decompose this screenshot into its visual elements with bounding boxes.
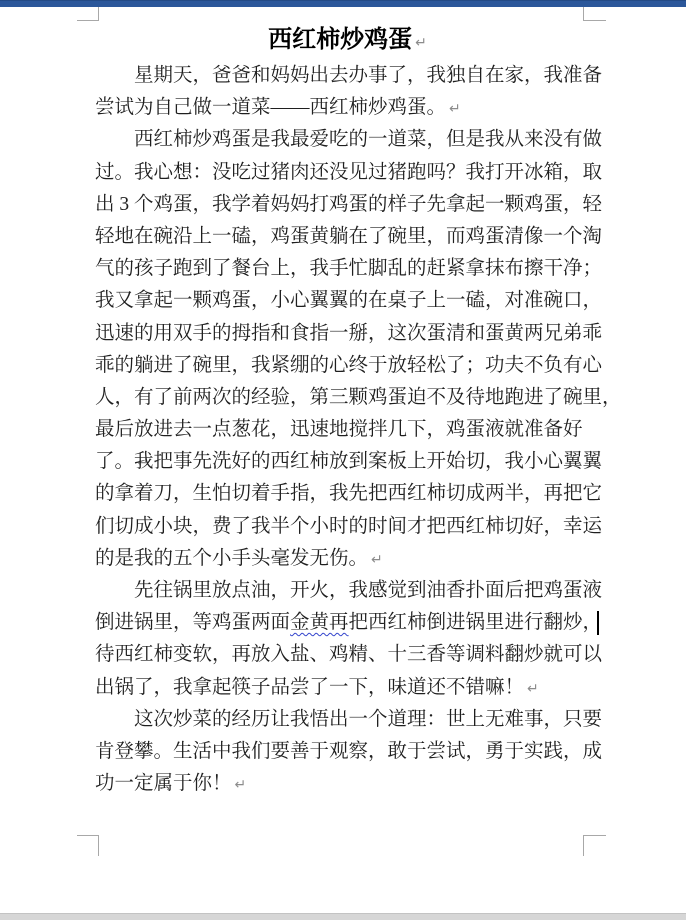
crop-mark-top-right xyxy=(583,7,606,21)
document-title-text: 西红柿炒鸡蛋 xyxy=(268,27,412,53)
crop-mark-top-left xyxy=(77,7,99,21)
text-cursor xyxy=(597,611,599,635)
paragraph-mark: ↵ xyxy=(449,101,461,117)
text-run: 功一定属于你！ xyxy=(95,773,232,794)
window-top-edge-bar xyxy=(0,0,686,7)
text-line[interactable]: 乖的躺进了碗里，我紧绷的心终于放轻松了；功夫不负有心 xyxy=(95,350,600,382)
text-run: 待西红柿变软，再放入盐、鸡精、十三香等调料翻炒就可以 xyxy=(95,644,602,665)
text-run: 过。我心想：没吃过猪肉还没见过猪跑吗？我打开冰箱，取 xyxy=(95,162,602,183)
text-line[interactable]: 出 3 个鸡蛋，我学着妈妈打鸡蛋的样子先拿起一颗鸡蛋，轻 xyxy=(95,189,600,221)
text-run: 这次炒菜的经历让我悟出一个道理：世上无难事，只要 xyxy=(134,709,602,730)
text-line[interactable]: 出锅了，我拿起筷子品尝了一下，味道还不错嘛！↵ xyxy=(95,672,600,704)
text-line[interactable]: 轻地在碗沿上一磕，鸡蛋黄躺在了碗里，而鸡蛋清像一个淘 xyxy=(95,221,600,253)
text-line[interactable]: 先往锅里放点油，开火，我感觉到油香扑面后把鸡蛋液 xyxy=(95,575,600,607)
text-line[interactable]: 的拿着刀，生怕切着手指，我先把西红柿切成两半，再把它 xyxy=(95,478,600,510)
text-run: 出 3 个鸡蛋，我学着妈妈打鸡蛋的样子先拿起一颗鸡蛋，轻 xyxy=(95,194,602,215)
text-line[interactable]: 们切成小块，费了我半个小时的时间才把西红柿切好，幸运 xyxy=(95,511,600,543)
text-run: 倒进锅里，等鸡蛋两面 xyxy=(95,612,290,633)
text-line[interactable]: 西红柿炒鸡蛋是我最爱吃的一道菜，但是我从来没有做 xyxy=(95,124,600,156)
text-line[interactable]: 星期天，爸爸和妈妈出去办事了，我独自在家，我准备 xyxy=(95,60,600,92)
paragraph-mark: ↵ xyxy=(371,552,383,568)
text-run: 尝试为自己做一道菜——西红柿炒鸡蛋。 xyxy=(95,97,446,118)
text-line[interactable]: 这次炒菜的经历让我悟出一个道理：世上无难事，只要 xyxy=(95,704,600,736)
text-run: 乖的躺进了碗里，我紧绷的心终于放轻松了；功夫不负有心 xyxy=(95,355,602,376)
text-run: 西红柿炒鸡蛋是我最爱吃的一道菜，但是我从来没有做 xyxy=(134,129,602,150)
text-run: 星期天，爸爸和妈妈出去办事了，我独自在家，我准备 xyxy=(134,65,602,86)
paragraph-mark: ↵ xyxy=(527,681,539,697)
text-run: 的是我的五个小手头毫发无伤。 xyxy=(95,548,368,569)
text-line[interactable]: 迅速的用双手的拇指和食指一掰，这次蛋清和蛋黄两兄弟乖 xyxy=(95,318,600,350)
text-line[interactable]: 我把事先洗好的西红柿放到案板上开始切，我小心翼翼 xyxy=(95,446,600,478)
text-line[interactable]: 过。我心想：没吃过猪肉还没见过猪跑吗？我打开冰箱，取 xyxy=(95,157,600,189)
text-run: 们切成小块，费了我半个小时的时间才把西红柿切好，幸运 xyxy=(95,516,602,537)
document-body[interactable]: 星期天，爸爸和妈妈出去办事了，我独自在家，我准备尝试为自己做一道菜——西红柿炒鸡… xyxy=(95,60,600,800)
text-line[interactable]: 最后放进去一点葱花，迅速地搅拌几下，鸡蛋液就准备好了。↵ xyxy=(95,414,600,446)
text-run: 把西红柿倒进锅里进行翻炒， xyxy=(349,612,603,633)
document-text-area[interactable]: 西红柿炒鸡蛋↵ 星期天，爸爸和妈妈出去办事了，我独自在家，我准备尝试为自己做一道… xyxy=(95,20,600,800)
text-line[interactable]: 功一定属于你！↵ xyxy=(95,768,600,800)
text-line[interactable]: 待西红柿变软，再放入盐、鸡精、十三香等调料翻炒就可以 xyxy=(95,639,600,671)
text-run: 我又拿起一颗鸡蛋，小心翼翼的在桌子上一磕，对准碗口， xyxy=(95,290,602,311)
spellcheck-flagged-text: 金黄再 xyxy=(290,612,349,633)
text-run: 肯登攀。生活中我们要善于观察，敢于尝试，勇于实践，成 xyxy=(95,741,602,762)
document-title[interactable]: 西红柿炒鸡蛋↵ xyxy=(95,22,600,58)
text-run: 先往锅里放点油，开火，我感觉到油香扑面后把鸡蛋液 xyxy=(134,580,602,601)
text-line[interactable]: 我又拿起一颗鸡蛋，小心翼翼的在桌子上一磕，对准碗口， xyxy=(95,285,600,317)
text-line[interactable]: 倒进锅里，等鸡蛋两面金黄再把西红柿倒进锅里进行翻炒， xyxy=(95,607,600,639)
crop-mark-bottom-left xyxy=(77,835,99,856)
text-line[interactable]: 人，有了前两次的经验，第三颗鸡蛋迫不及待地跑进了碗里， xyxy=(95,382,600,414)
text-run: 我把事先洗好的西红柿放到案板上开始切，我小心翼翼 xyxy=(134,451,602,472)
paragraph-mark: ↵ xyxy=(235,777,247,793)
text-run: 出锅了，我拿起筷子品尝了一下，味道还不错嘛！ xyxy=(95,677,524,698)
text-line[interactable]: 尝试为自己做一道菜——西红柿炒鸡蛋。↵ xyxy=(95,92,600,124)
text-run: 人，有了前两次的经验，第三颗鸡蛋迫不及待地跑进了碗里， xyxy=(95,387,622,408)
window-bottom-edge-bar xyxy=(0,913,686,920)
text-run: 气的孩子跑到了餐台上，我手忙脚乱的赶紧拿抹布擦干净； xyxy=(95,258,602,279)
text-run: 迅速的用双手的拇指和食指一掰，这次蛋清和蛋黄两兄弟乖 xyxy=(95,323,602,344)
crop-mark-bottom-right xyxy=(583,835,606,856)
text-line[interactable]: 肯登攀。生活中我们要善于观察，敢于尝试，勇于实践，成 xyxy=(95,736,600,768)
text-run: 轻地在碗沿上一磕，鸡蛋黄躺在了碗里，而鸡蛋清像一个淘 xyxy=(95,226,602,247)
text-run: 的拿着刀，生怕切着手指，我先把西红柿切成两半，再把它 xyxy=(95,483,602,504)
text-line[interactable]: 气的孩子跑到了餐台上，我手忙脚乱的赶紧拿抹布擦干净； xyxy=(95,253,600,285)
word-document-window: 西红柿炒鸡蛋↵ 星期天，爸爸和妈妈出去办事了，我独自在家，我准备尝试为自己做一道… xyxy=(0,0,686,920)
paragraph-mark: ↵ xyxy=(415,35,427,51)
text-line[interactable]: 的是我的五个小手头毫发无伤。↵ xyxy=(95,543,600,575)
